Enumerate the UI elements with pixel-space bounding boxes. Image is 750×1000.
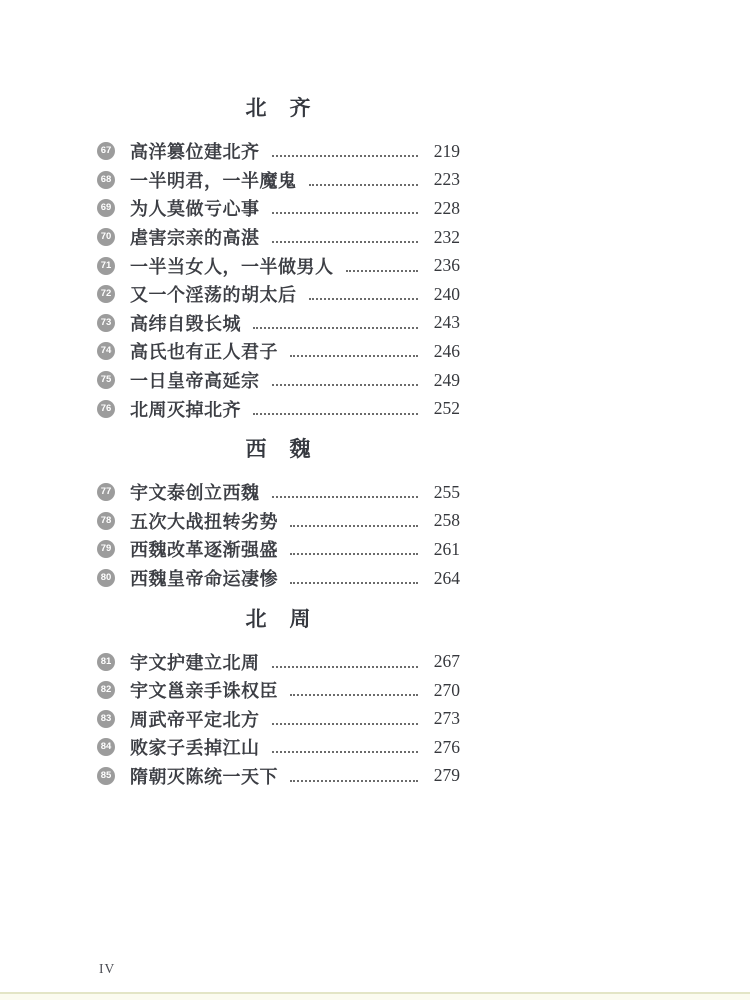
dot-leader — [309, 288, 419, 300]
dot-leader — [253, 403, 418, 415]
folio-page-number: IV — [99, 961, 115, 977]
toc-entry: 70 虐害宗亲的高湛 232 — [97, 223, 460, 252]
toc-entry: 71 一半当女人，一半做男人 236 — [97, 251, 460, 280]
toc-entry: 83 周武帝平定北方 273 — [97, 705, 460, 734]
entry-number-badge: 85 — [97, 767, 115, 785]
section-title-northern-qi: 北 齐 — [97, 94, 460, 123]
entry-number-badge: 74 — [97, 342, 115, 360]
dot-leader — [272, 486, 419, 498]
dot-leader — [290, 572, 418, 584]
entry-title: 宇文泰创立西魏 — [130, 479, 260, 505]
entry-page-number: 236 — [424, 255, 460, 276]
entry-title: 西魏改革逐渐强盛 — [130, 536, 278, 562]
toc-entry: 84 败家子丢掉江山 276 — [97, 733, 460, 762]
entry-title: 隋朝灭陈统一天下 — [130, 763, 278, 789]
entry-number-badge: 73 — [97, 314, 115, 332]
entry-page-number: 246 — [424, 341, 460, 362]
dot-leader — [290, 345, 418, 357]
entry-page-number: 255 — [424, 482, 460, 503]
toc-entry: 73 高纬自毁长城 243 — [97, 309, 460, 338]
toc-entry: 68 一半明君，一半魔鬼 223 — [97, 166, 460, 195]
entry-page-number: 279 — [424, 765, 460, 786]
dot-leader — [272, 741, 419, 753]
toc-section-northern-qi: 67 高洋篡位建北齐 219 68 一半明君，一半魔鬼 223 69 为人莫做亏… — [97, 137, 460, 423]
dot-leader — [272, 713, 419, 725]
dot-leader — [253, 317, 418, 329]
entry-page-number: 249 — [424, 370, 460, 391]
entry-title: 一日皇帝高延宗 — [130, 367, 260, 393]
dot-leader — [290, 684, 418, 696]
dot-leader — [272, 231, 419, 243]
toc-entry: 85 隋朝灭陈统一天下 279 — [97, 762, 460, 791]
toc-entry: 78 五次大战扭转劣势 258 — [97, 507, 460, 536]
entry-number-badge: 79 — [97, 540, 115, 558]
section-title-northern-zhou: 北 周 — [97, 605, 460, 634]
dot-leader — [346, 260, 419, 272]
entry-title: 败家子丢掉江山 — [130, 734, 260, 760]
dot-leader — [290, 543, 418, 555]
entry-title: 宇文邕亲手诛权臣 — [130, 677, 278, 703]
entry-number-badge: 70 — [97, 228, 115, 246]
dot-leader — [272, 202, 419, 214]
entry-number-badge: 76 — [97, 400, 115, 418]
entry-page-number: 258 — [424, 510, 460, 531]
entry-title: 又一个淫荡的胡太后 — [130, 281, 297, 307]
entry-number-badge: 75 — [97, 371, 115, 389]
entry-page-number: 261 — [424, 539, 460, 560]
entry-title: 北周灭掉北齐 — [130, 396, 241, 422]
entry-title: 虐害宗亲的高湛 — [130, 224, 260, 250]
toc-entry: 80 西魏皇帝命运凄惨 264 — [97, 564, 460, 593]
entry-number-badge: 80 — [97, 569, 115, 587]
bottom-page-edge-rule — [0, 992, 750, 1000]
entry-page-number: 264 — [424, 568, 460, 589]
entry-number-badge: 71 — [97, 257, 115, 275]
entry-page-number: 267 — [424, 651, 460, 672]
toc-entry: 75 一日皇帝高延宗 249 — [97, 366, 460, 395]
entry-number-badge: 84 — [97, 738, 115, 756]
section-title-western-wei: 西 魏 — [97, 435, 460, 464]
entry-page-number: 270 — [424, 680, 460, 701]
entry-page-number: 243 — [424, 312, 460, 333]
toc-section-northern-zhou: 81 宇文护建立北周 267 82 宇文邕亲手诛权臣 270 83 周武帝平定北… — [97, 647, 460, 790]
entry-number-badge: 82 — [97, 681, 115, 699]
entry-title: 为人莫做亏心事 — [130, 195, 260, 221]
entry-number-badge: 77 — [97, 483, 115, 501]
entry-number-badge: 83 — [97, 710, 115, 728]
toc-entry: 82 宇文邕亲手诛权臣 270 — [97, 676, 460, 705]
toc-entry: 79 西魏改革逐渐强盛 261 — [97, 535, 460, 564]
toc-entry: 67 高洋篡位建北齐 219 — [97, 137, 460, 166]
entry-page-number: 276 — [424, 737, 460, 758]
entry-title: 高纬自毁长城 — [130, 310, 241, 336]
toc-entry: 81 宇文护建立北周 267 — [97, 647, 460, 676]
dot-leader — [290, 515, 418, 527]
toc-content-column: 北 齐 67 高洋篡位建北齐 219 68 一半明君，一半魔鬼 223 69 为… — [97, 0, 460, 790]
entry-page-number: 228 — [424, 198, 460, 219]
entry-page-number: 223 — [424, 169, 460, 190]
entry-page-number: 219 — [424, 141, 460, 162]
toc-entry: 69 为人莫做亏心事 228 — [97, 194, 460, 223]
entry-number-badge: 78 — [97, 512, 115, 530]
entry-number-badge: 68 — [97, 171, 115, 189]
toc-section-western-wei: 77 宇文泰创立西魏 255 78 五次大战扭转劣势 258 79 西魏改革逐渐… — [97, 478, 460, 592]
entry-title: 高洋篡位建北齐 — [130, 138, 260, 164]
toc-entry: 76 北周灭掉北齐 252 — [97, 394, 460, 423]
entry-number-badge: 67 — [97, 142, 115, 160]
entry-title: 周武帝平定北方 — [130, 706, 260, 732]
entry-title: 一半明君，一半魔鬼 — [130, 167, 297, 193]
entry-title: 宇文护建立北周 — [130, 649, 260, 675]
entry-number-badge: 81 — [97, 653, 115, 671]
toc-entry: 74 高氏也有正人君子 246 — [97, 337, 460, 366]
toc-entry: 72 又一个淫荡的胡太后 240 — [97, 280, 460, 309]
entry-number-badge: 72 — [97, 285, 115, 303]
entry-title: 一半当女人，一半做男人 — [130, 253, 334, 279]
entry-title: 高氏也有正人君子 — [130, 338, 278, 364]
entry-page-number: 240 — [424, 284, 460, 305]
entry-page-number: 252 — [424, 398, 460, 419]
dot-leader — [272, 145, 419, 157]
entry-page-number: 273 — [424, 708, 460, 729]
dot-leader — [290, 770, 418, 782]
entry-number-badge: 69 — [97, 199, 115, 217]
entry-title: 西魏皇帝命运凄惨 — [130, 565, 278, 591]
book-toc-page: { "page": { "kind": "book table of conte… — [0, 0, 750, 1000]
entry-title: 五次大战扭转劣势 — [130, 508, 278, 534]
dot-leader — [309, 174, 419, 186]
toc-entry: 77 宇文泰创立西魏 255 — [97, 478, 460, 507]
dot-leader — [272, 374, 419, 386]
dot-leader — [272, 656, 419, 668]
entry-page-number: 232 — [424, 227, 460, 248]
